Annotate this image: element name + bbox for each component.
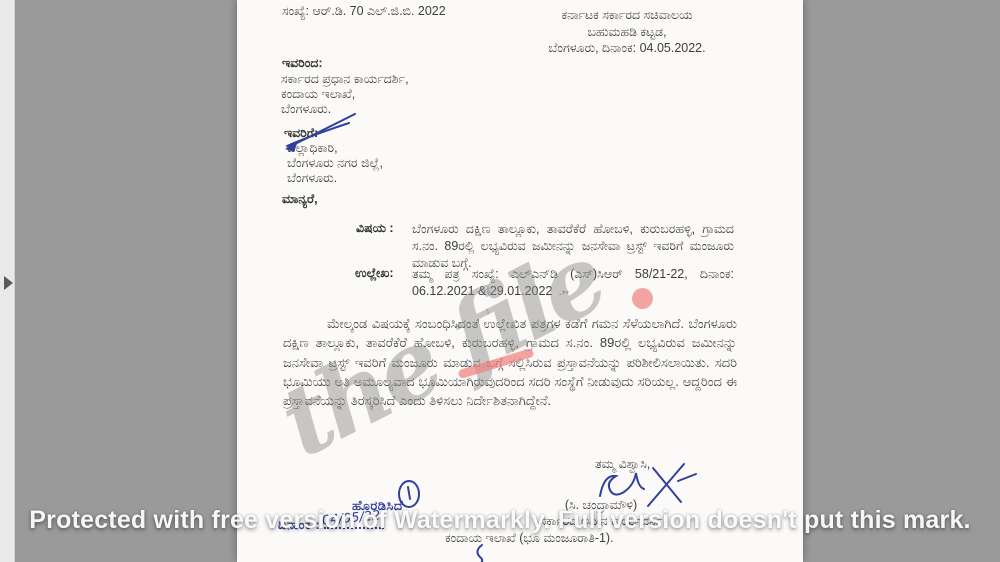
salutation: ಮಾನ್ಯರೆ, [282,192,318,207]
from-line: ಕಂದಾಯ ಇಲಾಖೆ, [281,87,409,102]
to-line: ಜಿಲ್ಲಾಧಿಕಾರಿ, [287,141,383,156]
date-label: ದಿನಾಂಕ : [278,517,320,532]
letterhead-line: ಬಹುಮಹಡಿ ಕಟ್ಟಡ, [527,24,727,41]
reference-label: ಉಲ್ಲೇಖ: [355,266,394,281]
signatory-title: ಸರ್ಕಾರದ ಅಧೀನ ಕಾರ್ಯದರ್ಶಿ [520,514,682,529]
scanned-document-page: ಸಂಖ್ಯೆ: ಆರ್.ಡಿ. 70 ಎಲ್.ಜಿ.ಬಿ. 2022 ಕರ್ನಾ… [237,0,803,562]
from-line: ಸರ್ಕಾರದ ಪ್ರಧಾನ ಕಾರ್ಯದರ್ಶಿ, [281,72,409,87]
closing: ತಮ್ಮ ವಿಶ್ವಾಸಿ, [595,457,650,472]
from-label: ಇವರಿಂದ: [282,56,323,71]
section-divider: -** [559,289,569,299]
reference-text: ತಮ್ಮ ಪತ್ರ ಸಂಖ್ಯೆ: ಎಲ್‌ಎನ್‌ಡಿ (ಎಸ್)ಸಿಆರ್ … [412,266,734,300]
signatory-department: ಕಂದಾಯ ಇಲಾಖೆ (ಭೂ ಮಂಜೂರಾತಿ-1). [445,531,614,546]
to-line: ಬೆಂಗಳೂರು. [287,171,383,186]
reference-number: ಸಂಖ್ಯೆ: ಆರ್.ಡಿ. 70 ಎಲ್.ಜಿ.ಬಿ. 2022 [282,4,446,19]
letterhead: ಕರ್ನಾಟಕ ಸರ್ಕಾರದ ಸಚಿವಾಲಯ ಬಹುಮಹಡಿ ಕಟ್ಟಡ, ಬ… [527,7,727,57]
to-address: ಜಿಲ್ಲಾಧಿಕಾರಿ, ಬೆಂಗಳೂರು ನಗರ ಜಿಲ್ಲೆ, ಬೆಂಗಳ… [287,141,383,186]
from-line: ಬೆಂಗಳೂರು. [281,102,409,117]
letterhead-line: ಬೆಂಗಳೂರು, ದಿನಾಂಕ: 04.05.2022. [527,40,727,57]
subject-text: ಬೆಂಗಳೂರು ದಕ್ಷಿಣ ತಾಲ್ಲೂಕು, ತಾವರೆಕೆರೆ ಹೋಬಳ… [412,221,734,272]
signatory-name: (ಸಿ. ಚಂದ್ರಾಮೌಳಿ) [540,498,662,513]
expand-sidebar-icon[interactable] [4,276,13,290]
watermark-pink-dot [632,288,653,309]
viewer-canvas: ಸಂಖ್ಯೆ: ಆರ್.ಡಿ. 70 ಎಲ್.ಜಿ.ಬಿ. 2022 ಕರ್ನಾ… [0,0,1000,562]
to-label: ಇವರಿಗೆ: [284,126,318,141]
subject-label: ವಿಷಯ : [356,221,394,236]
to-line: ಬೆಂಗಳೂರು ನಗರ ಜಿಲ್ಲೆ, [287,156,383,171]
from-address: ಸರ್ಕಾರದ ಪ್ರಧಾನ ಕಾರ್ಯದರ್ಶಿ, ಕಂದಾಯ ಇಲಾಖೆ, … [281,72,409,117]
letterhead-line: ಕರ್ನಾಟಕ ಸರ್ಕಾರದ ಸಚಿವಾಲಯ [527,7,727,24]
collapsed-sidebar [0,0,15,562]
